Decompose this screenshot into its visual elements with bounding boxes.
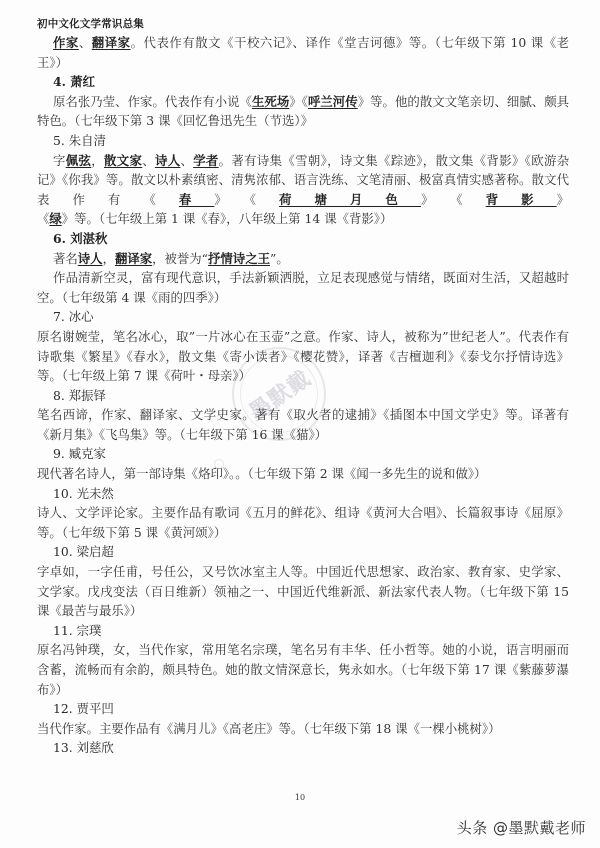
body-text-run: 著名 xyxy=(53,251,78,266)
underlined-key-term: 诗人 xyxy=(155,153,180,168)
document-header-title: 初中文化文学常识总集 xyxy=(37,16,144,31)
entry-body-zhengzhenduo: 笔名西谛，作家、翻译家、文学史家。著有《取火者的逮捕》《插图本中国文学史》等。译… xyxy=(37,405,569,444)
underlined-key-term: 学者 xyxy=(193,153,218,168)
entry-heading-liuzhanqiu: 6. 刘湛秋 xyxy=(37,229,569,249)
entry-heading-guangweiran: 10. 光未然 xyxy=(37,484,569,504)
body-text-run: 原名张乃莹、作家。代表作有小说《 xyxy=(53,94,252,109)
underlined-key-term: 荷塘月色 xyxy=(279,192,421,207)
entry-body-jiapingwa: 当代作家。主要作品有《满月儿》《高老庄》等。（七年级下第 18 课《一棵小桃树》… xyxy=(37,719,569,739)
body-text-run: 》《 xyxy=(289,94,308,109)
entry-heading-xiaohong: 4. 萧红 xyxy=(37,72,569,92)
entry-heading-liucixin: 13. 刘慈欣 xyxy=(37,738,569,758)
entry-body-xiaohong: 原名张乃莹、作家。代表作有小说《生死场》《呼兰河传》等。他的散文文笔亲切、细腻、… xyxy=(37,92,569,131)
document-page: 初中文化文学常识总集 墨默戴 作家、翻译家。代表作有散文《干校六记》、译作《堂吉… xyxy=(0,0,600,848)
entry-heading-zhuziqing: 5. 朱自清 xyxy=(37,131,569,151)
entry-body-bingxin: 原名谢婉莹，笔名冰心，取”一片冰心在玉壶”之意。作家、诗人，被称为”世纪老人”。… xyxy=(37,327,569,386)
body-text-run: 字 xyxy=(53,153,66,168)
underlined-key-term: 翻译家 xyxy=(115,251,152,266)
underlined-key-term: 翻译家 xyxy=(92,35,131,50)
source-watermark: 头条 @墨默戴老师 xyxy=(457,817,586,838)
entry-body-guangweiran: 诗人、文学评论家。主要作品有歌词《五月的鲜花》、组诗《黄河大合唱》、长篇叙事诗《… xyxy=(37,503,569,542)
body-text-run: 》《 xyxy=(214,192,279,207)
entry-heading-bingxin: 7. 冰心 xyxy=(37,307,569,327)
underlined-key-term: 绿 xyxy=(49,211,61,226)
document-body: 作家、翻译家。代表作有散文《干校六记》、译作《堂吉诃德》等。（七年级下第 10 … xyxy=(37,33,569,758)
underlined-key-term: 春 xyxy=(179,192,214,207)
entry-heading-zhengzhenduo: 8. 郑振铎 xyxy=(37,386,569,406)
entry-body-zangkejia: 现代著名诗人，第一部诗集《烙印》。。（七年级下第 2 课《闻一多先生的说和做》） xyxy=(37,464,569,484)
body-text-run: 、 xyxy=(79,35,92,50)
body-text-run: ”。 xyxy=(270,251,289,266)
underlined-key-term: 佩弦 xyxy=(66,153,91,168)
body-text-run: ， xyxy=(103,251,115,266)
body-text-run: 、 xyxy=(180,153,193,168)
entry-body-zongpu: 原名冯钟璞，女，当代作家，常用笔名宗璞，笔名另有丰华、任小哲等。她的小说，语言明… xyxy=(37,640,569,699)
body-text-run: ， xyxy=(91,153,104,168)
underlined-key-term: 背影 xyxy=(486,192,557,207)
underlined-key-term: 作家 xyxy=(53,35,79,50)
entry-heading-jiapingwa: 12. 贾平凹 xyxy=(37,699,569,719)
entry-body-zhuziqing: 字佩弦，散文家、诗人、学者。著有诗集《雪朝》，诗文集《踪迹》，散文集《背影》《欧… xyxy=(37,151,569,229)
entry-cont-body: 作家、翻译家。代表作有散文《干校六记》、译作《堂吉诃德》等。（七年级下第 10 … xyxy=(37,33,569,72)
entry-body-liuzhanqiu: 著名诗人，翻译家，被誉为“抒情诗之王”。 xyxy=(37,249,569,269)
entry-heading-zangkejia: 9. 臧克家 xyxy=(37,444,569,464)
body-text-run: 》《 xyxy=(421,192,486,207)
entry-body-liangqichao: 字卓如，一字任甫，号任公，又号饮冰室主人等。中国近代思想家、政治家、教育家、史学… xyxy=(37,562,569,621)
entry-heading-zongpu: 11. 宗璞 xyxy=(37,621,569,641)
underlined-key-term: 散文家 xyxy=(104,153,142,168)
underlined-key-term: 生死场 xyxy=(252,94,289,109)
underlined-key-term: 诗人 xyxy=(78,251,103,266)
entry-heading-liangqichao: 10. 梁启超 xyxy=(37,542,569,562)
entry-body2-liuzhanqiu: 作品清新空灵，富有现代意识，手法新颖洒脱，立足表现感觉与情绪，既面对生活，又超越… xyxy=(37,268,569,307)
body-text-run: 、 xyxy=(142,153,155,168)
page-number: 10 xyxy=(0,793,600,802)
body-text-run: ，被誉为“ xyxy=(152,251,208,266)
body-text-run: 》等。（七年级上第 1 课《春》，八年级上第 14 课《背影》） xyxy=(62,211,393,226)
underlined-key-term: 抒情诗之王 xyxy=(208,251,270,266)
underlined-key-term: 呼兰河传 xyxy=(308,94,358,109)
